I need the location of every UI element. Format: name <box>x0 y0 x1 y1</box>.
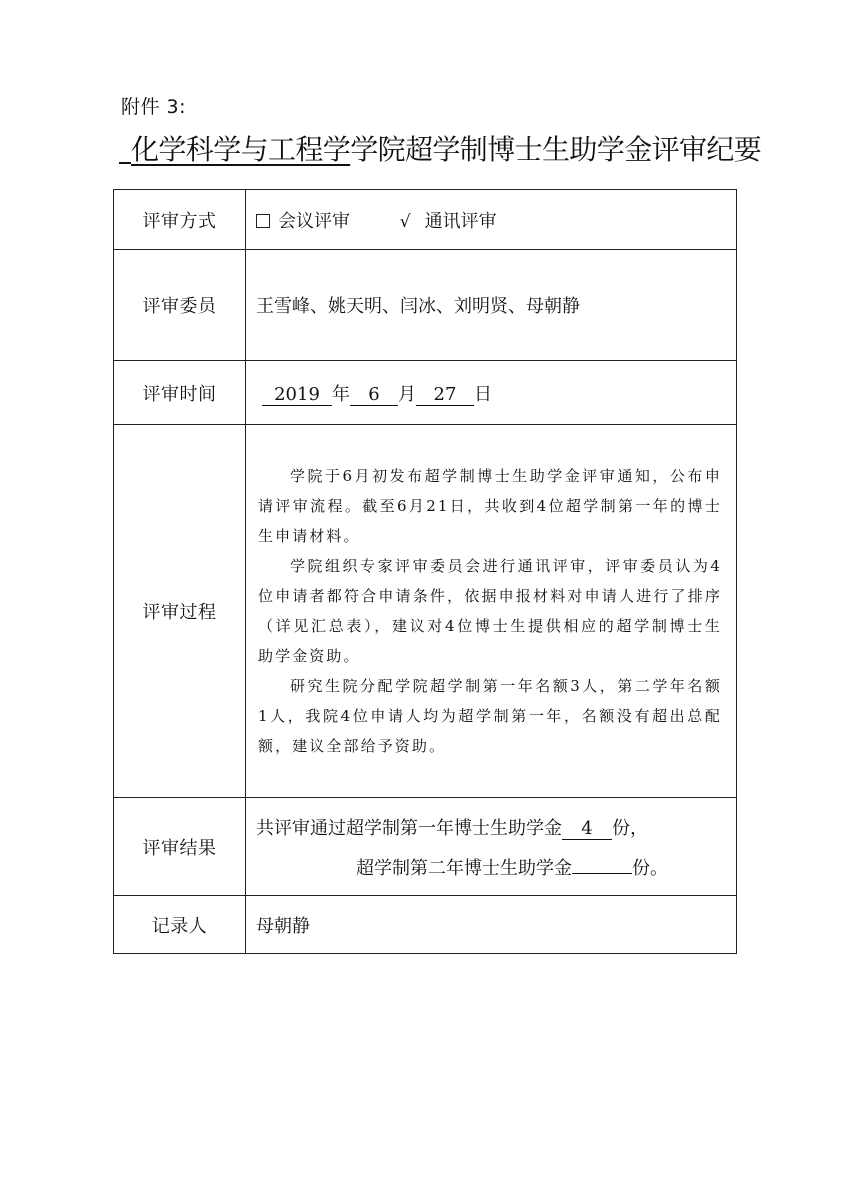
result-second-year-suffix: 份。 <box>632 858 668 879</box>
unchecked-box-icon <box>256 214 270 228</box>
row-review-members: 评审委员 王雪峰、姚天明、闫冰、刘明贤、母朝静 <box>114 250 737 361</box>
option-correspondence-review[interactable]: √通讯评审 <box>400 207 497 233</box>
recorder-value: 母朝静 <box>246 896 737 954</box>
review-result-value: 共评审通过超学制第一年博士生助学金4份， 超学制第二年博士生助学金份。 <box>246 798 737 896</box>
review-day: 27 <box>416 385 474 406</box>
review-method-label: 评审方式 <box>114 190 246 250</box>
title-rest: 学院超学制博士生助学金评审纪要 <box>350 133 761 166</box>
month-unit: 月 <box>398 384 416 405</box>
review-result-label: 评审结果 <box>114 798 246 896</box>
review-summary-table: 评审方式 会议评审 √通讯评审 评审委员 王雪峰、姚天明、闫冰、刘明贤、母朝静 … <box>113 189 737 954</box>
process-paragraph: 研究生院分配学院超学制第一年名额3人，第二学年名额1人，我院4位申请人均为超学制… <box>258 671 722 761</box>
result-second-year: 超学制第二年博士生助学金份。 <box>256 854 736 880</box>
process-paragraph: 学院组织专家评审委员会进行通讯评审，评审委员认为4位申请者都符合申请条件，依据申… <box>258 551 722 671</box>
recorder-label: 记录人 <box>114 896 246 954</box>
result-first-year: 共评审通过超学制第一年博士生助学金4份， <box>256 814 736 840</box>
row-review-method: 评审方式 会议评审 √通讯评审 <box>114 190 737 250</box>
review-time-value: 2019年6月27日 <box>246 361 737 425</box>
review-process-text: 学院于6月初发布超学制博士生助学金评审通知，公布申请评审流程。截至6月21日，共… <box>246 457 736 765</box>
result-first-year-prefix: 共评审通过超学制第一年博士生助学金 <box>256 818 562 839</box>
review-method-value: 会议评审 √通讯评审 <box>246 190 737 250</box>
option-correspondence-review-label: 通讯评审 <box>425 211 497 232</box>
result-first-year-suffix: 份， <box>612 818 648 839</box>
row-review-process: 评审过程 学院于6月初发布超学制博士生助学金评审通知，公布申请评审流程。截至6月… <box>114 425 737 798</box>
process-paragraph: 学院于6月初发布超学制博士生助学金评审通知，公布申请评审流程。截至6月21日，共… <box>258 461 722 551</box>
row-review-time: 评审时间 2019年6月27日 <box>114 361 737 425</box>
review-year: 2019 <box>262 385 332 406</box>
row-review-result: 评审结果 共评审通过超学制第一年博士生助学金4份， 超学制第二年博士生助学金份。 <box>114 798 737 896</box>
result-first-year-count: 4 <box>562 819 612 840</box>
document-title: 化学科学与工程学学院超学制博士生助学金评审纪要 <box>119 128 761 168</box>
year-unit: 年 <box>332 384 350 405</box>
attachment-label: 附件 3: <box>121 92 186 119</box>
title-underline-lead <box>119 161 131 164</box>
result-second-year-prefix: 超学制第二年博士生助学金 <box>356 858 572 879</box>
review-month: 6 <box>350 385 398 406</box>
option-meeting-review[interactable]: 会议评审 <box>256 207 350 233</box>
result-second-year-count <box>572 873 632 874</box>
day-unit: 日 <box>474 384 492 405</box>
review-members-value: 王雪峰、姚天明、闫冰、刘明贤、母朝静 <box>246 250 737 361</box>
checkmark-icon: √ <box>400 212 411 232</box>
review-members-label: 评审委员 <box>114 250 246 361</box>
review-process-value: 学院于6月初发布超学制博士生助学金评审通知，公布申请评审流程。截至6月21日，共… <box>246 425 737 798</box>
row-recorder: 记录人 母朝静 <box>114 896 737 954</box>
title-college-name: 化学科学与工程学 <box>131 133 350 166</box>
review-process-label: 评审过程 <box>114 425 246 798</box>
option-meeting-review-label: 会议评审 <box>278 211 350 232</box>
review-time-label: 评审时间 <box>114 361 246 425</box>
